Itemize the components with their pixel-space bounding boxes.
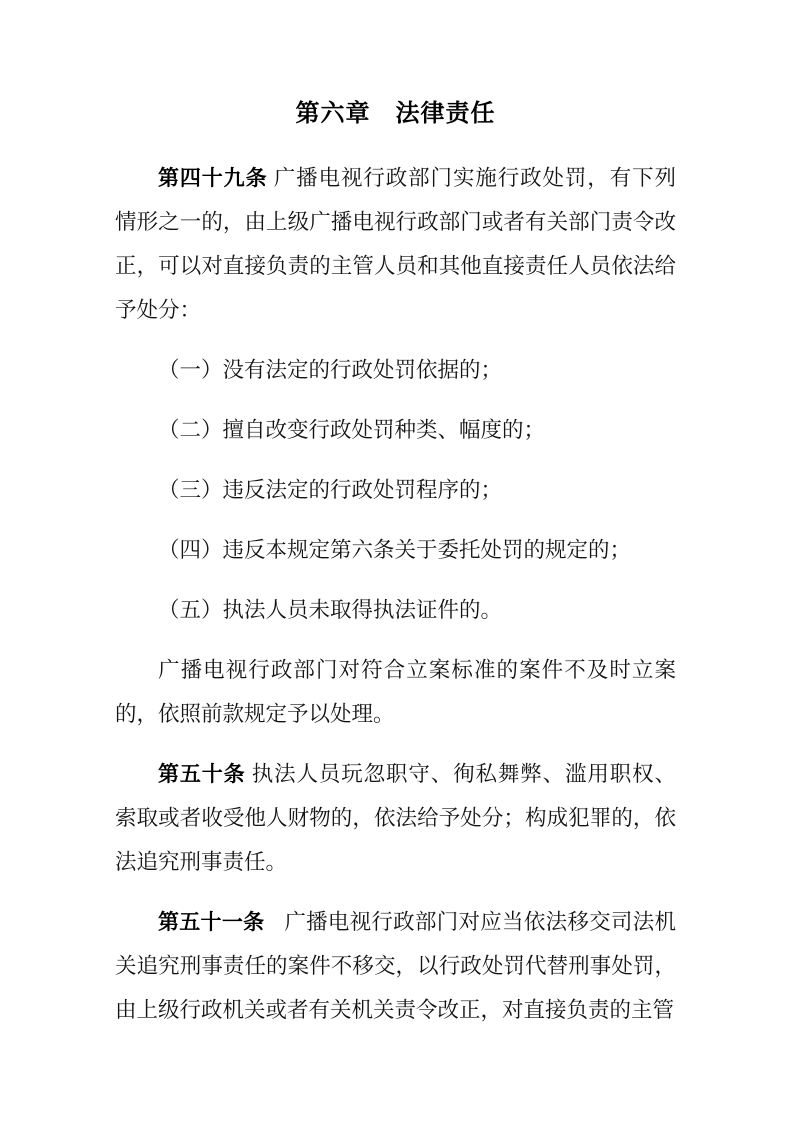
document-page: 第六章 法律责任 第四十九条广播电视行政部门实施行政处罚，有下列情形之一的，由上…: [0, 0, 793, 1122]
chapter-heading: 第六章 法律责任: [115, 96, 676, 130]
article-49-item-3: （三）违反法定的行政处罚程序的；: [115, 468, 676, 512]
article-49-item-4: （四）违反本规定第六条关于委托处罚的规定的；: [115, 528, 676, 572]
article-49-item-1: （一）没有法定的行政处罚依据的；: [115, 348, 676, 392]
article-51-number: 第五十一条: [158, 910, 264, 934]
article-49-closing-paragraph: 广播电视行政部门对符合立案标准的案件不及时立案的，依照前款规定予以处理。: [115, 648, 676, 736]
article-50-paragraph: 第五十条执法人员玩忽职守、徇私舞弊、滥用职权、索取或者收受他人财物的，依法给予处…: [115, 752, 676, 884]
article-49-item-5: （五）执法人员未取得执法证件的。: [115, 588, 676, 632]
article-49-item-2: （二）擅自改变行政处罚种类、幅度的；: [115, 408, 676, 452]
article-51-paragraph: 第五十一条广播电视行政部门对应当依法移交司法机关追究刑事责任的案件不移交，以行政…: [115, 900, 676, 1032]
article-50-number: 第五十条: [158, 762, 246, 786]
article-49-paragraph: 第四十九条广播电视行政部门实施行政处罚，有下列情形之一的，由上级广播电视行政部门…: [115, 156, 676, 332]
article-49-number: 第四十九条: [158, 166, 267, 190]
